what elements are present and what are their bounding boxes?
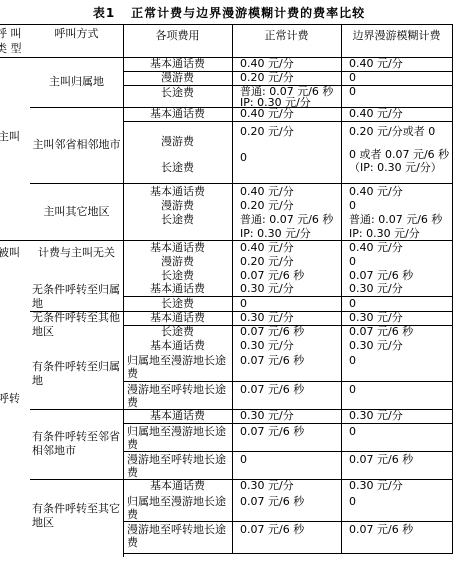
normal-fee-cell: 0.20 元/分 — [232, 71, 341, 85]
normal-fee-cell: 0.30 元/分 — [232, 409, 341, 423]
normal-fee-cell: 0.40 元/分 — [232, 107, 341, 121]
call-type-cell-called: 被叫 — [0, 246, 30, 260]
fee-name-cell: 基本通话费 漫游费 长途费 — [123, 241, 232, 283]
header-call-type: 呼 叫 类 型 — [0, 26, 34, 56]
fuzzy-fee-cell: 0.07 元/6 秒 — [341, 453, 452, 467]
call-method-cell: 有条件呼转至归属地 — [30, 339, 123, 409]
fuzzy-fee-cell: 0.40 元/分 — [341, 107, 452, 121]
fee-name-cell: 长途费 — [123, 325, 232, 339]
normal-fee-cell: 0.07 元/6 秒 — [232, 523, 341, 537]
fee-name-cell: 基本通话费 — [123, 339, 232, 353]
normal-fee-cell: 0.30 元/分 — [232, 479, 341, 493]
fuzzy-fee-cell: 0.40 元/分 0 0.07 元/6 秒 — [341, 241, 452, 283]
header-call-method: 呼叫方式 — [30, 27, 123, 41]
fee-name-cell: 归属地至漫游地长途费 — [123, 424, 232, 452]
fuzzy-fee-cell: 0 — [341, 425, 452, 439]
fuzzy-fee-cell: 0 或者 0.07 元/6 秒 （IP: 0.30 元/分） — [341, 148, 452, 176]
call-type-cell-forward: 呼转 — [0, 392, 30, 406]
call-type-cell-calling: 主叫 — [0, 130, 30, 144]
fee-name-cell: 基本通话费 — [123, 409, 232, 423]
fuzzy-fee-cell: 0.07 元/6 秒 — [341, 523, 452, 537]
table-border-line — [452, 24, 453, 553]
fee-name-cell: 长途费 — [123, 161, 232, 175]
fee-name-cell: 归属地至漫游地长途费 — [123, 494, 232, 522]
normal-fee-cell: 普通: 0.07 元/6 秒 IP: 0.30 元/分 — [232, 85, 341, 107]
fee-name-cell: 基本通话费 漫游费 长途费 — [123, 185, 232, 227]
normal-fee-cell: 0 — [232, 151, 341, 165]
call-method-cell: 无条件呼转至归属地 — [30, 282, 123, 311]
fuzzy-fee-cell: 0.30 元/分 — [341, 311, 452, 325]
fuzzy-fee-cell: 0.30 元/分 — [341, 282, 452, 296]
fee-name-cell: 漫游地至呼转地长途费 — [123, 452, 232, 480]
fee-name-cell: 基本通话费 — [123, 479, 232, 493]
fuzzy-fee-cell: 0 — [341, 354, 452, 368]
fee-name-cell: 漫游地至呼转地长途费 — [123, 522, 232, 552]
fee-name-cell: 基本通话费 — [123, 282, 232, 296]
fuzzy-fee-cell: 0 — [341, 71, 452, 85]
rate-comparison-table: 呼 叫 类 型 呼叫方式 各项费用 正常计费 边界漫游模糊计费 主叫 被叫 呼转… — [0, 0, 458, 564]
fee-name-cell: 长途费 — [123, 297, 232, 311]
normal-fee-cell: 0 — [232, 297, 341, 311]
fuzzy-fee-cell: 0.30 元/分 — [341, 409, 452, 423]
fee-name-cell: 长途费 — [123, 86, 232, 100]
normal-fee-cell: 0.40 元/分 — [232, 57, 341, 71]
fuzzy-fee-cell: 0.30 元/分 — [341, 479, 452, 493]
normal-fee-cell: 0.30 元/分 — [232, 339, 341, 353]
call-method-cell: 主叫其它地区 — [30, 183, 123, 240]
fuzzy-fee-cell: 0.40 元/分 — [341, 57, 452, 71]
fee-name-cell: 漫游费 — [123, 135, 232, 149]
header-fee-items: 各项费用 — [123, 29, 232, 43]
normal-fee-cell: 0.07 元/6 秒 — [232, 383, 341, 397]
fuzzy-fee-cell: 0 — [341, 383, 452, 397]
table-border-line — [123, 121, 453, 122]
normal-fee-cell: 0.07 元/6 秒 — [232, 495, 341, 509]
fee-name-cell: 漫游费 — [123, 71, 232, 85]
fuzzy-fee-cell: 0.40 元/分 0 普通: 0.07 元/6 秒 IP: 0.30 元/分 — [341, 185, 452, 241]
normal-fee-cell: 0.40 元/分 0.20 元/分 0.07 元/6 秒 — [232, 241, 341, 283]
table-border-line — [123, 553, 453, 554]
normal-fee-cell: 0.07 元/6 秒 — [232, 325, 341, 339]
fuzzy-fee-cell: 0.20 元/分或者 0 — [341, 125, 452, 139]
fee-name-cell: 基本通话费 — [123, 311, 232, 325]
normal-fee-cell: 0.30 元/分 — [232, 282, 341, 296]
fuzzy-fee-cell: 0.30 元/分 — [341, 339, 452, 353]
header-normal-billing: 正常计费 — [232, 29, 341, 43]
fuzzy-fee-cell: 0.07 元/6 秒 — [341, 325, 452, 339]
normal-fee-cell: 0.07 元/6 秒 — [232, 425, 341, 439]
call-method-cell: 主叫归属地 — [30, 57, 123, 107]
header-fuzzy-billing: 边界漫游模糊计费 — [341, 29, 452, 43]
call-method-cell: 有条件呼转至其它地区 — [30, 479, 123, 553]
normal-fee-cell: 0.30 元/分 — [232, 311, 341, 325]
call-method-cell: 主叫邻省相邻地市 — [30, 107, 123, 183]
fuzzy-fee-cell: 0 — [341, 495, 452, 509]
fee-name-cell: 基本通话费 — [123, 57, 232, 71]
call-method-cell: 无条件呼转至其他地区 — [30, 311, 123, 339]
call-method-cell: 计费与主叫无关 — [30, 246, 123, 260]
fee-name-cell: 漫游地至呼转地长途费 — [123, 382, 232, 410]
fuzzy-fee-cell: 0 — [341, 297, 452, 311]
normal-fee-cell: 0.40 元/分 0.20 元/分 普通: 0.07 元/6 秒 IP: 0.3… — [232, 185, 341, 241]
fuzzy-fee-cell: 0 — [341, 85, 452, 99]
table-border-line — [0, 24, 453, 25]
call-method-cell: 有条件呼转至邻省相邻地市 — [30, 409, 123, 479]
fee-name-cell: 基本通话费 — [123, 107, 232, 121]
normal-fee-cell: 0.20 元/分 — [232, 125, 341, 139]
normal-fee-cell: 0 — [232, 453, 341, 467]
fee-name-cell: 归属地至漫游地长途费 — [123, 353, 232, 381]
normal-fee-cell: 0.07 元/6 秒 — [232, 354, 341, 368]
